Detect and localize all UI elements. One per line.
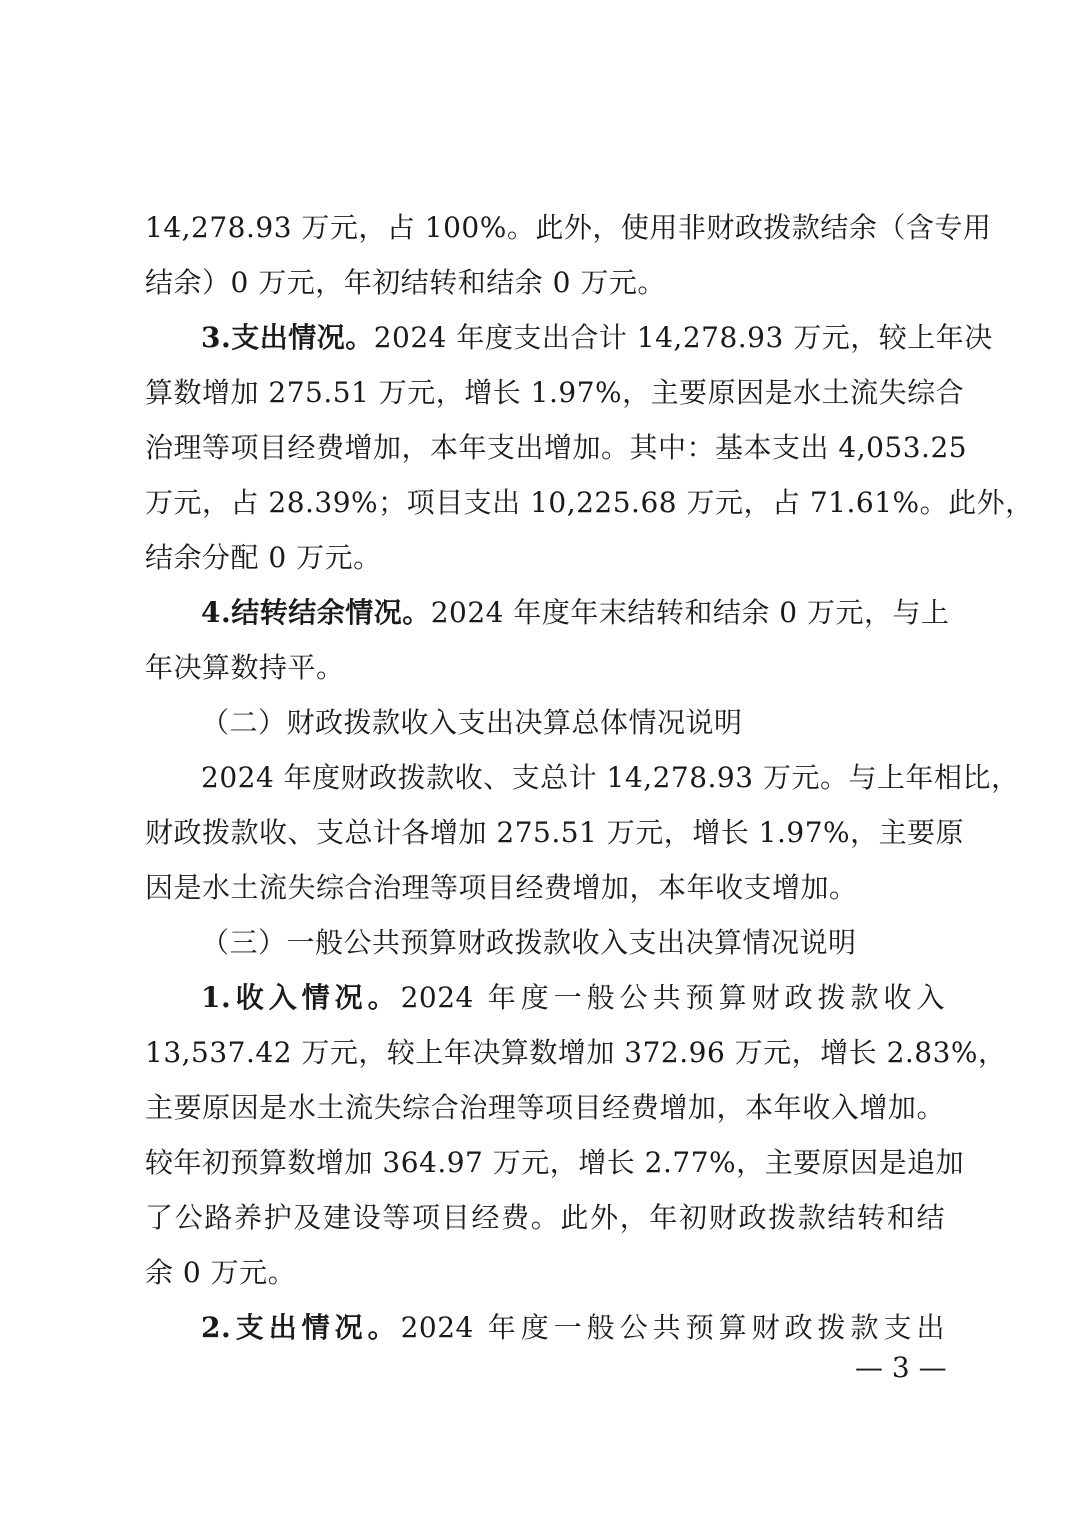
line-text: 主要原因是水土流失综合治理等项目经费增加，本年收入增加。	[145, 1091, 945, 1124]
section-heading-income: 1.收入情况。	[201, 981, 401, 1014]
paragraph-line: 2024 年度财政拨款收、支总计 14,278.93 万元。与上年相比，	[145, 750, 945, 805]
paragraph-line: 较年初预算数增加 364.97 万元，增长 2.77%，主要原因是追加	[145, 1135, 945, 1190]
paragraph-line: 13,537.42 万元，较上年决算数增加 372.96 万元，增长 2.83%…	[145, 1025, 945, 1080]
paragraph-line: 了公路养护及建设等项目经费。此外，年初财政拨款结转和结	[145, 1190, 945, 1245]
section-heading-expenditure-general: 2.支出情况。	[201, 1311, 401, 1344]
line-text: 算数增加 275.51 万元，增长 1.97%，主要原因是水土流失综合	[145, 376, 964, 409]
line-text: （三）一般公共预算财政拨款收入支出决算情况说明	[201, 926, 857, 959]
line-text: 2024 年度一般公共预算财政拨款支出	[401, 1311, 945, 1344]
paragraph-line: 因是水土流失综合治理等项目经费增加，本年收支增加。	[145, 860, 945, 915]
section-heading-carryover: 4.结转结余情况。	[201, 596, 431, 629]
line-text: 余 0 万元。	[145, 1256, 296, 1289]
document-body: 14,278.93 万元，占 100%。此外，使用非财政拨款结余（含专用 结余）…	[145, 200, 945, 1355]
line-text: 14,278.93 万元，占 100%。此外，使用非财政拨款结余（含专用	[145, 211, 991, 244]
paragraph-line: 主要原因是水土流失综合治理等项目经费增加，本年收入增加。	[145, 1080, 945, 1135]
paragraph-line: 算数增加 275.51 万元，增长 1.97%，主要原因是水土流失综合	[145, 365, 945, 420]
line-text: 万元，占 28.39%；项目支出 10,225.68 万元，占 71.61%。此…	[145, 486, 1034, 519]
line-text: 年决算数持平。	[145, 651, 345, 684]
paragraph-line: 结余）0 万元，年初结转和结余 0 万元。	[145, 255, 945, 310]
page-number: — 3 —	[855, 1348, 945, 1388]
paragraph-line: 财政拨款收、支总计各增加 275.51 万元，增长 1.97%，主要原	[145, 805, 945, 860]
line-text: 2024 年度年末结转和结余 0 万元，与上	[431, 596, 950, 629]
paragraph-line: 3.支出情况。2024 年度支出合计 14,278.93 万元，较上年决	[145, 310, 945, 365]
line-text: 较年初预算数增加 364.97 万元，增长 2.77%，主要原因是追加	[145, 1146, 964, 1179]
paragraph-line: 万元，占 28.39%；项目支出 10,225.68 万元，占 71.61%。此…	[145, 475, 945, 530]
document-page: 14,278.93 万元，占 100%。此外，使用非财政拨款结余（含专用 结余）…	[0, 0, 1074, 1520]
paragraph-line: 余 0 万元。	[145, 1245, 945, 1300]
line-text: 结余分配 0 万元。	[145, 541, 382, 574]
paragraph-line: 2.支出情况。2024 年度一般公共预算财政拨款支出	[145, 1300, 945, 1355]
paragraph-line: 结余分配 0 万元。	[145, 530, 945, 585]
line-text: 财政拨款收、支总计各增加 275.51 万元，增长 1.97%，主要原	[145, 816, 964, 849]
line-text: 2024 年度财政拨款收、支总计 14,278.93 万元。与上年相比，	[201, 761, 1019, 794]
line-text: （二）财政拨款收入支出决算总体情况说明	[201, 706, 743, 739]
line-text: 2024 年度一般公共预算财政拨款收入	[401, 981, 945, 1014]
paragraph-line: 治理等项目经费增加，本年支出增加。其中：基本支出 4,053.25	[145, 420, 945, 475]
line-text: 13,537.42 万元，较上年决算数增加 372.96 万元，增长 2.83%…	[145, 1036, 1007, 1069]
paragraph-line: 年决算数持平。	[145, 640, 945, 695]
paragraph-line: 4.结转结余情况。2024 年度年末结转和结余 0 万元，与上	[145, 585, 945, 640]
paragraph-line: 1.收入情况。2024 年度一般公共预算财政拨款收入	[145, 970, 945, 1025]
line-text: 结余）0 万元，年初结转和结余 0 万元。	[145, 266, 666, 299]
line-text: 因是水土流失综合治理等项目经费增加，本年收支增加。	[145, 871, 858, 904]
line-text: 治理等项目经费增加，本年支出增加。其中：基本支出 4,053.25	[145, 431, 967, 464]
line-text: 了公路养护及建设等项目经费。此外，年初财政拨款结转和结	[145, 1201, 945, 1234]
paragraph-line: 14,278.93 万元，占 100%。此外，使用非财政拨款结余（含专用	[145, 200, 945, 255]
section-heading-expenditure: 3.支出情况。	[201, 321, 374, 354]
subsection-heading-general-budget: （三）一般公共预算财政拨款收入支出决算情况说明	[145, 915, 945, 970]
subsection-heading-fiscal-overall: （二）财政拨款收入支出决算总体情况说明	[145, 695, 945, 750]
line-text: 2024 年度支出合计 14,278.93 万元，较上年决	[374, 321, 993, 354]
